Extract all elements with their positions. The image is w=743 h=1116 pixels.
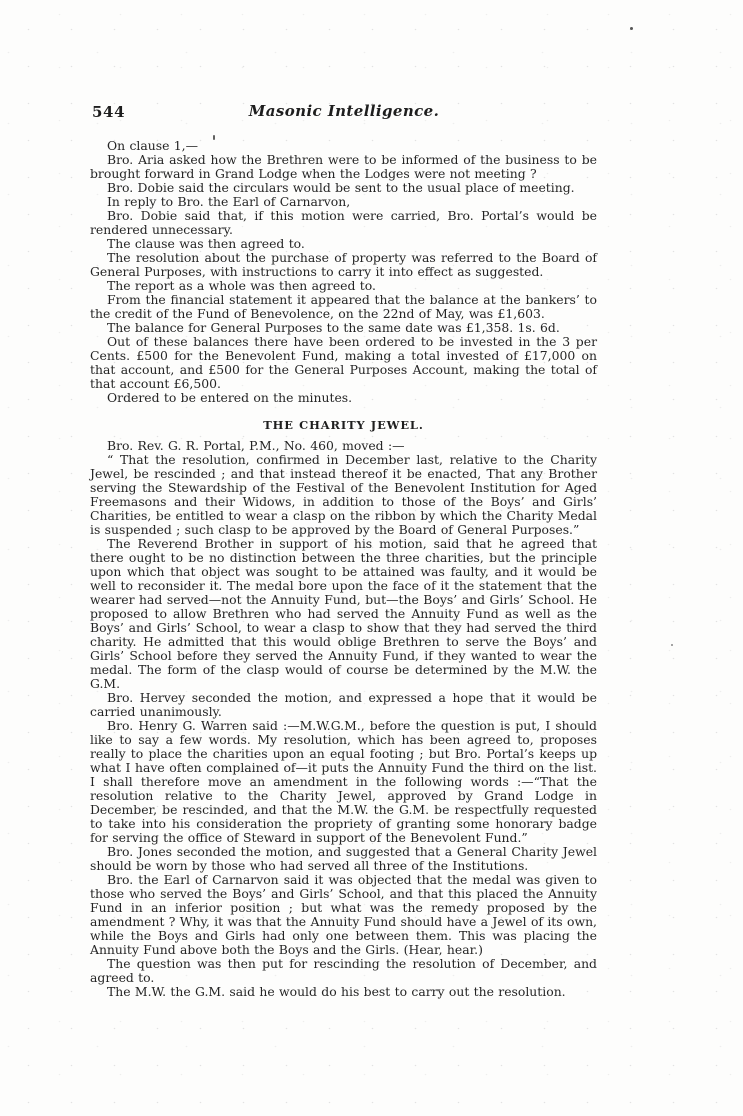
paragraph: Ordered to be entered on the minutes. [90, 391, 597, 405]
article-body: On clause 1,—Bro. Aria asked how the Bre… [90, 139, 597, 999]
paragraph: On clause 1,— [90, 139, 597, 153]
paragraph: Bro. the Earl of Carnarvon said it was o… [90, 873, 597, 957]
paragraph: “ That the resolution, confirmed in Dece… [90, 453, 597, 537]
paragraph: The clause was then agreed to. [90, 237, 597, 251]
paragraph: The Reverend Brother in support of his m… [90, 537, 597, 691]
paragraph: Out of these balances there have been or… [90, 335, 597, 391]
paragraph: Bro. Aria asked how the Brethren were to… [90, 153, 597, 181]
scan-speck [671, 644, 673, 646]
paragraph: The balance for General Purposes to the … [90, 321, 597, 335]
page-header: 544 Masonic Intelligence. [90, 102, 598, 124]
paragraph: The M.W. the G.M. said he would do his b… [90, 985, 597, 999]
section-heading: THE CHARITY JEWEL. [90, 418, 597, 432]
paragraph: From the financial statement it appeared… [90, 293, 597, 321]
paragraph: The resolution about the purchase of pro… [90, 251, 597, 279]
paragraph: Bro. Jones seconded the motion, and sugg… [90, 845, 597, 873]
paragraph: Bro. Dobie said that, if this motion wer… [90, 209, 597, 237]
paragraph: Bro. Rev. G. R. Portal, P.M., No. 460, m… [90, 439, 597, 453]
paragraph: In reply to Bro. the Earl of Carnarvon, [90, 195, 597, 209]
scan-speck [630, 27, 633, 30]
running-title: Masonic Intelligence. [90, 102, 598, 120]
page-number: 544 [92, 103, 125, 121]
paragraph: Bro. Hervey seconded the motion, and exp… [90, 691, 597, 719]
scan-speck [213, 135, 215, 140]
paragraph: Bro. Henry G. Warren said :—M.W.G.M., be… [90, 719, 597, 845]
paragraph: The report as a whole was then agreed to… [90, 279, 597, 293]
paragraph: The question was then put for rescinding… [90, 957, 597, 985]
paragraph: Bro. Dobie said the circulars would be s… [90, 181, 597, 195]
document-page: 544 Masonic Intelligence. On clause 1,—B… [0, 0, 743, 1116]
